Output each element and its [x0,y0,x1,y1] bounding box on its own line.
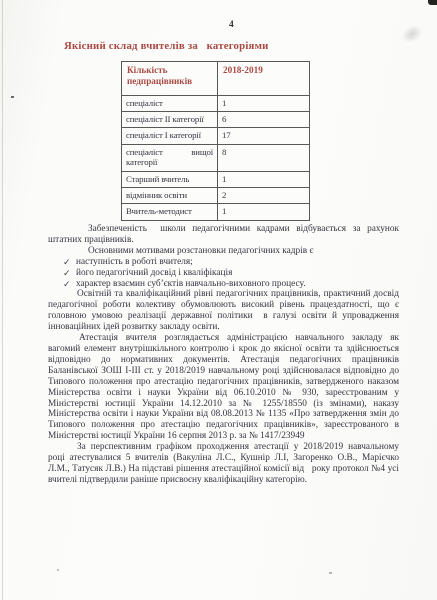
row-value: 6 [218,112,310,128]
motives-check-list: ✓ наступність в роботі вчителя; ✓ його п… [48,257,399,290]
paragraph-staffing: Забезпеченість школи педагогічними кадра… [48,224,399,246]
row-label: Вчитель-методист [122,204,218,220]
teacher-qualification-table: Кількість педпрацівників 2018-2019 спеці… [121,61,310,221]
row-label: Старший вчитель [122,171,218,187]
table-row: спеціаліст ІІ категорії 6 [122,112,310,128]
list-item: ✓ характер взаємин суб’єктів навчально-в… [48,279,399,290]
list-item: ✓ наступність в роботі вчителя; [48,257,399,268]
row-value: 1 [218,171,310,187]
scan-edge-line [2,0,3,600]
paragraph-qualification-level: Освітній та кваліфікаційний рівні педаго… [48,289,399,333]
row-label: спеціаліст вищої категорії [122,144,218,171]
checkmark-icon: ✓ [63,279,76,290]
table-header-category: Кількість педпрацівників [122,62,218,96]
table-row: спеціаліст 1 [122,95,310,111]
list-item-text: характер взаємин суб’єктів навчально-вих… [76,279,399,290]
table-row: Старший вчитель 1 [122,171,310,187]
row-label: спеціаліст І категорії [122,128,218,144]
document-body: Забезпеченість школи педагогічними кадра… [48,224,399,486]
document-heading: Якісний склад вчителів за категоріями [64,40,269,52]
row-label: відмінник освіти [122,187,218,203]
list-item-text: його педагогічний досвід і кваліфікація [76,268,399,279]
paragraph-attestation-results: За перспективним графіком проходження ат… [48,442,399,486]
scan-smudge [398,21,425,46]
row-value: 1 [218,95,310,111]
row-value: 2 [218,187,310,203]
row-value: 17 [218,128,310,144]
table-row: Вчитель-методист 1 [122,204,310,220]
table-row: відмінник освіти 2 [122,187,310,203]
list-item: ✓ його педагогічний досвід і кваліфікаці… [48,268,399,279]
table-header-row: Кількість педпрацівників 2018-2019 [122,62,310,96]
table-row: спеціаліст вищої категорії 8 [122,144,310,171]
scan-speck [329,572,332,574]
checkmark-icon: ✓ [63,257,76,268]
row-label: спеціаліст [122,95,218,111]
checkmark-icon: ✓ [63,268,76,279]
list-item-text: наступність в роботі вчителя; [76,257,399,268]
paragraph-attestation-regulations: Атестація вчителя розглядається адмініст… [48,333,399,442]
row-value: 1 [218,204,310,220]
scan-speck [57,569,59,571]
scan-speck [11,96,14,98]
page-number: 4 [229,20,234,30]
row-value: 8 [218,144,310,171]
table-row: спеціаліст І категорії 17 [122,128,310,144]
row-label: спеціаліст ІІ категорії [122,112,218,128]
scanned-document-page: 4 Якісний склад вчителів за категоріями … [0,0,437,600]
scan-corner-mark [428,0,437,5]
table-header-year: 2018-2019 [218,62,310,96]
paragraph-motives-intro: Основними мотивами розстановки педагогіч… [48,246,399,257]
